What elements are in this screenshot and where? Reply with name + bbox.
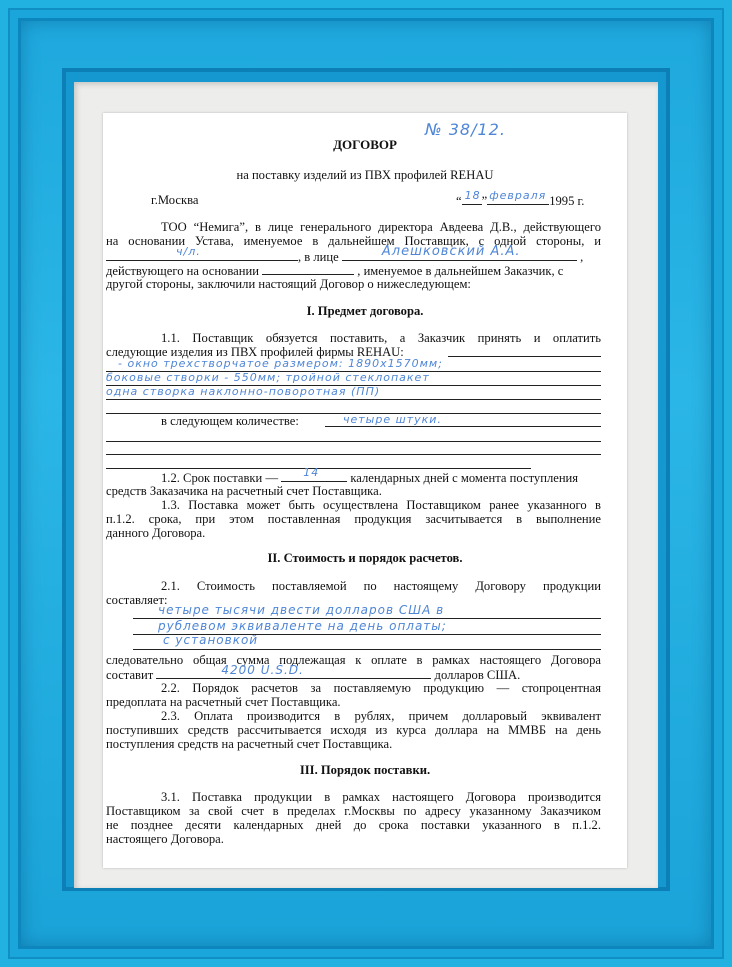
contract-number-handwritten: № 38/12. <box>425 123 506 137</box>
contract-page: ДОГОВОР № 38/12. на поставку изделий из … <box>103 113 627 868</box>
clause-1-1-text-1: 1.1. Поставщик обязуется поставить, а За… <box>161 331 601 345</box>
clause-3-1-line-4: настоящего Договора. <box>106 832 630 846</box>
section-2-heading: II. Стоимость и порядок расчетов. <box>103 551 627 565</box>
clause-2-2-text-1: 2.2. Порядок расчетов за поставляемую пр… <box>161 681 601 695</box>
date-year: 1995 г. <box>549 194 584 208</box>
clause-3-1-line-3: не позднее десяти календарных дней до ср… <box>106 818 601 832</box>
clause-2-3-line-3: поступления средств на расчетный счет По… <box>106 737 630 751</box>
item-line-2-handwritten: боковые створки - 550мм; тройной стеклоп… <box>106 371 430 385</box>
clause-2-3-line-2: поступивших средств рассчитывается исход… <box>106 723 601 737</box>
date-day-field: 18 <box>462 193 482 205</box>
items-rule-0 <box>448 356 601 357</box>
basis-field <box>262 263 354 275</box>
total-currency: долларов США. <box>435 668 521 682</box>
cost-line-1-handwritten: четыре тысячи двести долларов США в <box>158 603 444 617</box>
preamble-line-4: действующего на основании , именуемое в … <box>106 263 601 278</box>
clause-2-3-text-2: поступивших средств рассчитывается исход… <box>106 723 601 737</box>
clause-2-1-line-1: 2.1. Стоимость поставляемой по настоящем… <box>161 579 601 593</box>
date-month-field: февраля <box>487 193 549 205</box>
clause-2-3-text-1: 2.3. Оплата производится в рублях, приче… <box>161 709 601 723</box>
delivery-term-suffix: календарных дней с момента поступления <box>350 471 578 485</box>
section-1-heading: I. Предмет договора. <box>103 304 627 318</box>
comma: , <box>580 250 583 264</box>
quantity-label: в следующем количестве: <box>161 414 299 428</box>
cost-line-3-handwritten: с установкой <box>163 633 258 647</box>
clause-2-2-line-1: 2.2. Порядок расчетов за поставляемую пр… <box>161 681 601 695</box>
clause-1-3-text-2: п.1.2. срока, при этом поставленная прод… <box>106 512 601 526</box>
section-3-heading: III. Порядок поставки. <box>103 763 627 777</box>
quantity-handwritten: четыре штуки. <box>343 413 442 427</box>
in-person-label: , в лице <box>298 250 339 264</box>
clause-1-3-line-1: 1.3. Поставка может быть осуществлена По… <box>161 498 601 512</box>
customer-name-field: ч/л. <box>106 249 298 261</box>
item-line-1-handwritten: - окно трехстворчатое размером: 1890x157… <box>118 357 443 371</box>
total-text-1: следовательно общая сумма подлежащая к о… <box>106 653 601 667</box>
document-title: ДОГОВОР <box>103 138 627 152</box>
title-text: ДОГОВОР <box>333 137 397 152</box>
picture-frame: ДОГОВОР № 38/12. на поставку изделий из … <box>0 0 732 967</box>
clause-2-3-line-1: 2.3. Оплата производится в рублях, приче… <box>161 709 601 723</box>
clause-1-2-line-1: 1.2. Срок поставки — 14 календарных дней… <box>161 470 601 485</box>
clause-1-3-text-1: 1.3. Поставка может быть осуществлена По… <box>161 498 601 512</box>
clause-3-1-text-1: 3.1. Поставка продукции в рамках настоящ… <box>161 790 601 804</box>
clause-3-1-text-3: не позднее десяти календарных дней до ср… <box>106 818 601 832</box>
city: г.Москва <box>151 193 198 207</box>
clause-1-3-line-2: п.1.2. срока, при этом поставленная прод… <box>106 512 601 526</box>
item-line-3-handwritten: одна створка наклонно-поворотная (ПП) <box>106 385 380 399</box>
customer-label: , именуемое в дальнейшем Заказчик, с <box>357 264 563 278</box>
acting-basis-label: действующего на основании <box>106 264 259 278</box>
quantity-rule-2 <box>106 441 601 442</box>
document-subtitle: на поставку изделий из ПВХ профилей REHA… <box>103 168 627 182</box>
customer-name-handwritten: ч/л. <box>176 245 201 259</box>
cost-line-2-handwritten: рублевом эквиваленте на день оплаты; <box>158 619 447 633</box>
representative-handwritten: Алешковский А.А. <box>382 245 521 259</box>
total-line-2: составит 4200 U.S.D. долларов США. <box>106 667 601 682</box>
date-month-handwritten: февраля <box>489 189 546 203</box>
delivery-days-handwritten: 14 <box>303 466 319 480</box>
preamble-line-1: ТОО “Немига”, в лице генерального директ… <box>161 220 601 234</box>
total-amount-field: 4200 U.S.D. <box>156 667 431 679</box>
clause-3-1-line-2: Поставщиком за свой счет в пределах г.Мо… <box>106 804 601 818</box>
total-line-1: следовательно общая сумма подлежащая к о… <box>106 653 601 667</box>
clause-3-1-line-1: 3.1. Поставка продукции в рамках настоящ… <box>161 790 601 804</box>
delivery-term-label: 1.2. Срок поставки — <box>161 471 278 485</box>
preamble-text-1: ТОО “Немига”, в лице генерального директ… <box>161 220 601 234</box>
clause-1-2-line-2: средств Заказачика на расчетный счет Пос… <box>106 484 630 498</box>
date-day-handwritten: 18 <box>465 189 481 203</box>
clause-1-1-line-1: 1.1. Поставщик обязуется поставить, а За… <box>161 331 601 345</box>
preamble-line-3: ч/л., в лице Алешковский А.А. , <box>106 249 601 264</box>
total-amount-handwritten: 4200 U.S.D. <box>221 663 303 677</box>
clause-2-1-text-1: 2.1. Стоимость поставляемой по настоящем… <box>161 579 601 593</box>
clause-2-2-line-2: предоплата на расчетный счет Поставщика. <box>106 695 630 709</box>
clause-3-1-text-2: Поставщиком за свой счет в пределах г.Мо… <box>106 804 601 818</box>
clause-1-3-line-3: данного Договора. <box>106 526 630 540</box>
preamble-line-5: другой стороны, заключили настоящий Дого… <box>106 277 630 291</box>
representative-field: Алешковский А.А. <box>342 249 577 261</box>
cost-rule-3 <box>133 649 601 650</box>
delivery-days-field: 14 <box>281 470 347 482</box>
contract-date: “18”февраля1995 г. <box>456 193 584 208</box>
quantity-rule-3 <box>106 454 601 455</box>
items-rule-3 <box>106 399 601 400</box>
total-label: составит <box>106 668 153 682</box>
